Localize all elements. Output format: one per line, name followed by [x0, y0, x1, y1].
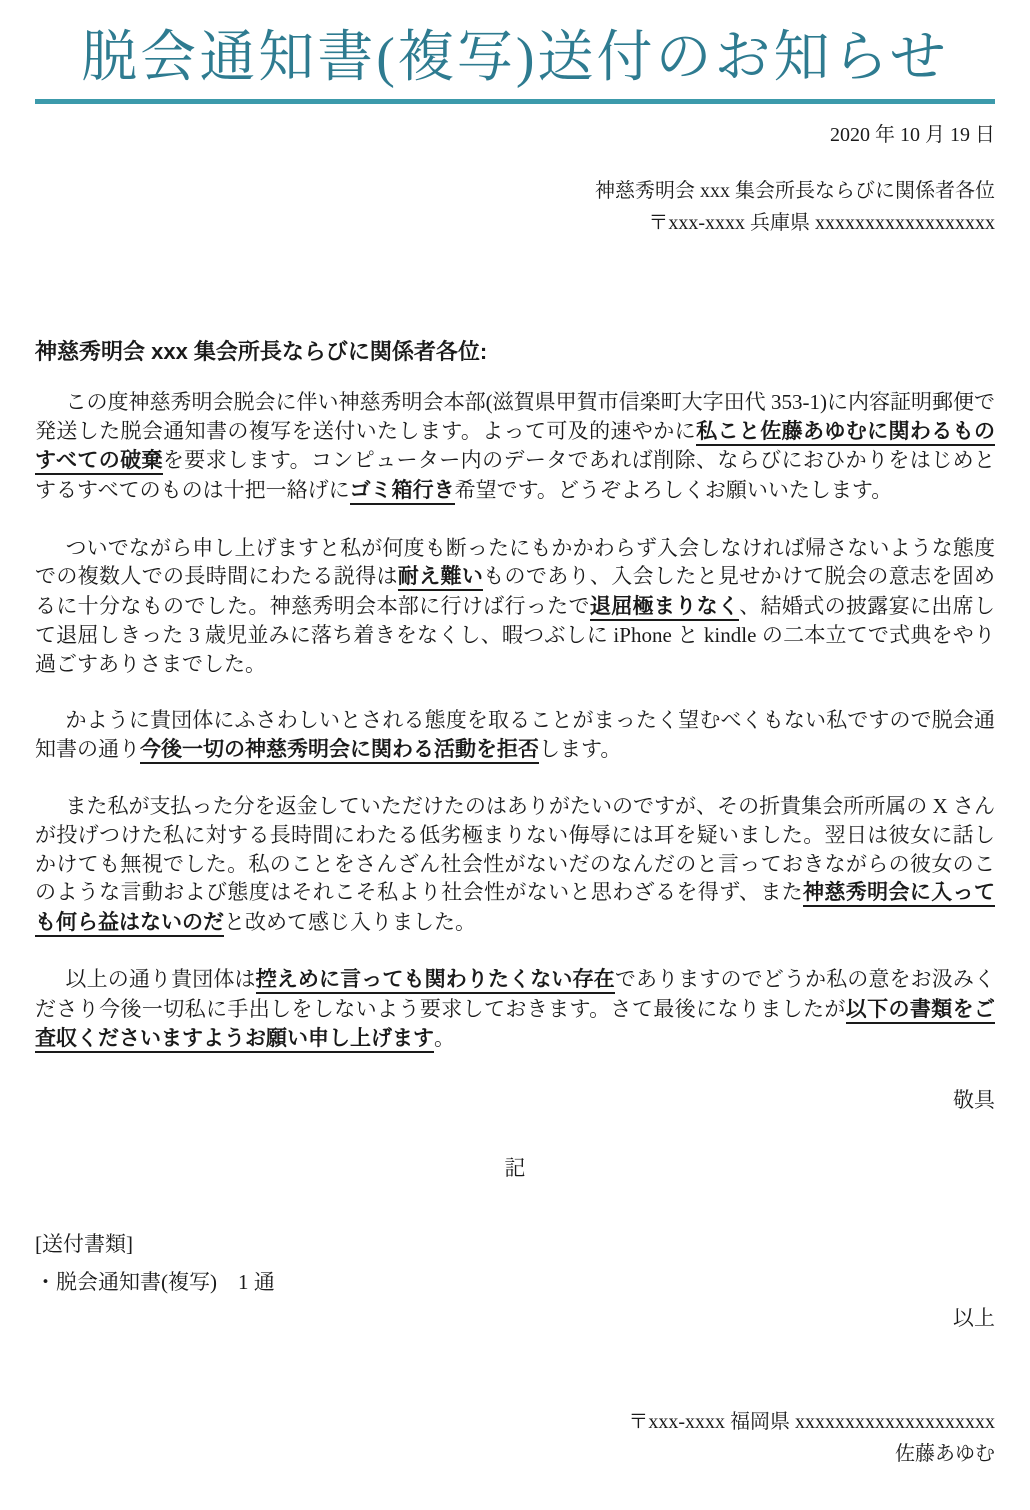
text-run: 以上の通り貴団体は — [65, 967, 255, 991]
salutation-heading: 神慈秀明会 xxx 集会所長ならびに関係者各位: — [35, 335, 995, 366]
title-divider-rule — [35, 99, 995, 104]
record-mark-ki: 記 — [35, 1152, 995, 1182]
sender-block: 〒xxx-xxxx 福岡県 xxxxxxxxxxxxxxxxxxxx 佐藤あゆむ — [35, 1406, 995, 1470]
enclosure-header: [送付書類] — [35, 1228, 995, 1258]
recipient-address: 〒xxx-xxxx 兵庫県 xxxxxxxxxxxxxxxxxx — [35, 207, 995, 239]
paragraph-2: ついでながら申し上げますと私が何度も断ったにもかかわらず入会しなければ帰さないよ… — [35, 534, 995, 679]
paragraph-5: 以上の通り貴団体は控えめに言っても関わりたくない存在でありますのでどうか私の意を… — [35, 965, 995, 1054]
emphasis-run: 耐え難い — [398, 565, 483, 591]
document-date: 2020 年 10 月 19 日 — [35, 118, 995, 147]
text-run: と改めて感じ入りました。 — [224, 910, 476, 934]
letter-document: { "page": { "colors": { "title": "#2E7B9… — [0, 0, 1030, 1510]
emphasis-run: 退屈極まりなく — [590, 595, 739, 621]
recipient-line-1: 神慈秀明会 xxx 集会所長ならびに関係者各位 — [35, 175, 995, 207]
emphasis-run: ゴミ箱行き — [350, 479, 455, 505]
end-mark-ijou: 以上 — [35, 1302, 995, 1332]
emphasis-run: 控えめに言っても関わりたくない存在 — [256, 968, 615, 994]
paragraph-4: また私が支払った分を返金していただけたのはありがたいのですが、その折貴集会所所属… — [35, 792, 995, 937]
emphasis-run: 今後一切の神慈秀明会に関わる活動を拒否 — [140, 738, 539, 764]
sender-address: 〒xxx-xxxx 福岡県 xxxxxxxxxxxxxxxxxxxx — [35, 1406, 995, 1438]
text-run: します。 — [539, 737, 621, 761]
enclosure-item: ・脱会通知書(複写) 1 通 — [35, 1266, 995, 1296]
paragraph-3: かように貴団体にふさわしいとされる態度を取ることがまったく望むべくもない私ですの… — [35, 706, 995, 764]
page-title: 脱会通知書(複写)送付のお知らせ — [35, 26, 995, 90]
text-run: 。 — [434, 1026, 455, 1050]
closing-keigu: 敬具 — [35, 1084, 995, 1114]
text-run: 希望です。どうぞよろしくお願いいたします。 — [455, 478, 893, 502]
sender-name: 佐藤あゆむ — [35, 1438, 995, 1470]
paragraph-1: この度神慈秀明会脱会に伴い神慈秀明会本部(滋賀県甲賀市信楽町大字田代 353-1… — [35, 388, 995, 505]
recipient-block: 神慈秀明会 xxx 集会所長ならびに関係者各位 〒xxx-xxxx 兵庫県 xx… — [35, 175, 995, 239]
